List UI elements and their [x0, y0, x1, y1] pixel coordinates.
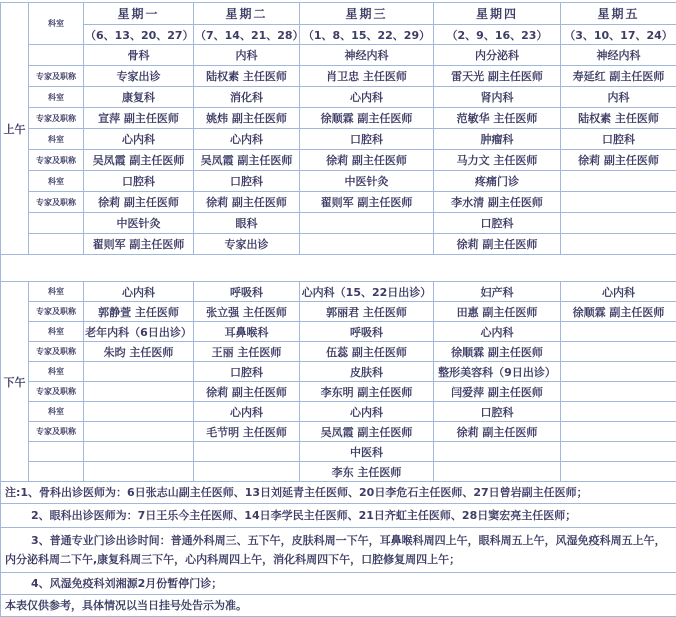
row-type-label: 科室: [29, 87, 84, 108]
schedule-cell: [84, 402, 194, 422]
schedule-row: 下午科室心内科呼吸科心内科（15、22日出诊）妇产科心内科: [1, 282, 676, 302]
schedule-cell: [561, 213, 676, 234]
schedule-cell: 口腔科: [561, 129, 676, 150]
schedule-cell: 范敏华 主任医师: [434, 108, 561, 129]
period-morning-label: 上午: [1, 3, 29, 255]
day-header-thursday: 星期四: [434, 3, 561, 25]
note-text-4: 4、风湿免疫科刘湘源2月份暂停门诊；: [1, 573, 676, 595]
schedule-cell: 疼痛门诊: [434, 171, 561, 192]
row-type-label: 专家及职称: [29, 422, 84, 442]
schedule-cell: 呼吸科: [300, 322, 434, 342]
schedule-cell: 口腔科: [300, 129, 434, 150]
schedule-cell: 口腔科: [84, 171, 194, 192]
schedule-cell: 内科: [194, 45, 300, 66]
schedule-cell: 姚炜 副主任医师: [194, 108, 300, 129]
dates-cell-thursday: （2、9、16、23）: [434, 25, 561, 45]
schedule-cell: 肿瘤科: [434, 129, 561, 150]
schedule-sheet: 上午 科室 星期一 星期二 星期三 星期四 星期五 （6、13、20、27） （…: [0, 2, 676, 609]
schedule-cell: 心内科: [300, 402, 434, 422]
schedule-cell: 耳鼻喉科: [194, 322, 300, 342]
schedule-cell: 中医针灸: [84, 213, 194, 234]
row-type-label: 科室: [29, 362, 84, 382]
schedule-cell: [194, 462, 300, 482]
schedule-cell: [84, 442, 194, 462]
schedule-row: 专家及职称徐莉 副主任医师李东明 副主任医师闫爱萍 副主任医师: [1, 382, 676, 402]
row-type-label: 科室: [29, 171, 84, 192]
schedule-cell: 口腔科: [434, 402, 561, 422]
schedule-cell: [194, 442, 300, 462]
row-type-label: 专家及职称: [29, 150, 84, 171]
schedule-cell: 口腔科: [194, 171, 300, 192]
schedule-cell: 李东 主任医师: [300, 462, 434, 482]
schedule-cell: 徐顺霖 副主任医师: [300, 108, 434, 129]
schedule-row: 专家及职称吴凤霞 副主任医师吴凤霞 副主任医师徐莉 副主任医师马力文 主任医师徐…: [1, 150, 676, 171]
schedule-cell: [561, 342, 676, 362]
schedule-cell: [434, 462, 561, 482]
schedule-cell: 妇产科: [434, 282, 561, 302]
schedule-row: 科室口腔科口腔科中医针灸疼痛门诊: [1, 171, 676, 192]
schedule-cell: 内分泌科: [434, 45, 561, 66]
schedule-cell: [84, 362, 194, 382]
schedule-cell: 心内科: [561, 282, 676, 302]
separator-cell: [1, 255, 676, 282]
schedule-cell: 心内科: [300, 87, 434, 108]
schedule-cell: 心内科: [84, 282, 194, 302]
schedule-cell: 心内科: [434, 322, 561, 342]
schedule-cell: 徐莉 副主任医师: [434, 422, 561, 442]
schedule-cell: 徐莉 副主任医师: [194, 382, 300, 402]
schedule-cell: [300, 213, 434, 234]
schedule-cell: [561, 382, 676, 402]
section-separator-row: [1, 255, 676, 282]
schedule-cell: 宣萍 副主任医师: [84, 108, 194, 129]
schedule-cell: 整形美容科（9日出诊）: [434, 362, 561, 382]
schedule-cell: 伍蕊 副主任医师: [300, 342, 434, 362]
row-type-label: 科室: [29, 322, 84, 342]
schedule-cell: 神经内科: [561, 45, 676, 66]
schedule-cell: 心内科: [194, 402, 300, 422]
day-header-tuesday: 星期二: [194, 3, 300, 25]
schedule-cell: 吴凤霞 副主任医师: [84, 150, 194, 171]
schedule-cell: 吴凤霞 副主任医师: [300, 422, 434, 442]
schedule-cell: 徐莉 副主任医师: [300, 150, 434, 171]
row-type-label: 专家及职称: [29, 342, 84, 362]
schedule-row: 专家及职称郭静萱 主任医师张立强 主任医师郭丽君 主任医师田惠 副主任医师徐顺霖…: [1, 302, 676, 322]
schedule-cell: 心内科: [84, 129, 194, 150]
schedule-row: 专家及职称朱昀 主任医师王丽 主任医师伍蕊 副主任医师徐顺霖 副主任医师: [1, 342, 676, 362]
schedule-cell: [84, 422, 194, 442]
schedule-cell: 心内科（15、22日出诊）: [300, 282, 434, 302]
row-type-label: 科室: [29, 282, 84, 302]
schedule-cell: 雷天光 副主任医师: [434, 66, 561, 87]
note-text-3: 3、普通专业门诊出诊时间：普通外科周三、五下午，皮肤科周一下午，耳鼻喉科周四上午…: [1, 528, 676, 573]
dates-row: （6、13、20、27） （7、14、21、28） （1、8、15、22、29）…: [1, 25, 676, 45]
schedule-row: 科室康复科消化科心内科肾内科内科: [1, 87, 676, 108]
row-type-label: 专家及职称: [29, 302, 84, 322]
row-type-label: 专家及职称: [29, 192, 84, 213]
schedule-cell: 马力文 主任医师: [434, 150, 561, 171]
schedule-cell: 内科: [561, 87, 676, 108]
row-type-label: [29, 442, 84, 462]
note-row-1: 注:1、骨科出诊医师为：6日张志山副主任医师、13日刘延青主任医师、20日李危石…: [1, 482, 676, 504]
note-text-2: 2、眼科出诊医师为：7日王乐今主任医师、14日李学民主任医师、21日齐虹主任医师…: [1, 504, 676, 528]
row-type-label: [29, 234, 84, 255]
schedule-cell: [561, 234, 676, 255]
schedule-row: 专家及职称专家出诊陆权素 主任医师肖卫忠 主任医师雷天光 副主任医师寿延红 副主…: [1, 66, 676, 87]
schedule-cell: [561, 422, 676, 442]
schedule-row: 科室口腔科皮肤科整形美容科（9日出诊）: [1, 362, 676, 382]
disclaimer-text: 本表仅供参考，具体情况以当日挂号处告示为准。: [1, 595, 676, 610]
schedule-row: 科室心内科心内科口腔科肿瘤科口腔科: [1, 129, 676, 150]
schedule-cell: 徐莉 副主任医师: [194, 192, 300, 213]
schedule-cell: 朱昀 主任医师: [84, 342, 194, 362]
schedule-row: 中医科: [1, 442, 676, 462]
schedule-cell: [300, 234, 434, 255]
note-row-3: 3、普通专业门诊出诊时间：普通外科周三、五下午，皮肤科周一下午，耳鼻喉科周四上午…: [1, 528, 676, 573]
schedule-cell: 专家出诊: [84, 66, 194, 87]
schedule-cell: 翟则军 副主任医师: [300, 192, 434, 213]
schedule-row: 翟则军 副主任医师专家出诊徐莉 副主任医师: [1, 234, 676, 255]
row-type-label: 科室: [29, 402, 84, 422]
row-type-label: [29, 462, 84, 482]
note-row-2: 2、眼科出诊医师为：7日王乐今主任医师、14日李学民主任医师、21日齐虹主任医师…: [1, 504, 676, 528]
day-header-monday: 星期一: [84, 3, 194, 25]
schedule-row: 科室老年内科（6日出诊）耳鼻喉科呼吸科心内科: [1, 322, 676, 342]
row-label-dept: 科室: [29, 3, 84, 45]
schedule-cell: 李东明 副主任医师: [300, 382, 434, 402]
schedule-cell: 消化科: [194, 87, 300, 108]
schedule-cell: [561, 462, 676, 482]
schedule-cell: 李水清 副主任医师: [434, 192, 561, 213]
schedule-cell: [561, 192, 676, 213]
schedule-cell: 骨科: [84, 45, 194, 66]
schedule-cell: 徐莉 副主任医师: [434, 234, 561, 255]
row-type-label: 科室: [29, 129, 84, 150]
schedule-cell: 翟则军 副主任医师: [84, 234, 194, 255]
schedule-row: 骨科内科神经内科内分泌科神经内科: [1, 45, 676, 66]
schedule-cell: 神经内科: [300, 45, 434, 66]
schedule-cell: 郭静萱 主任医师: [84, 302, 194, 322]
dates-cell-tuesday: （7、14、21、28）: [194, 25, 300, 45]
schedule-cell: 田惠 副主任医师: [434, 302, 561, 322]
schedule-cell: 呼吸科: [194, 282, 300, 302]
schedule-cell: 徐顺霖 副主任医师: [561, 302, 676, 322]
note-text-1: 注:1、骨科出诊医师为：6日张志山副主任医师、13日刘延青主任医师、20日李危石…: [1, 482, 676, 504]
dates-cell-friday: （3、10、17、24）: [561, 25, 676, 45]
schedule-cell: 皮肤科: [300, 362, 434, 382]
schedule-cell: 徐顺霖 副主任医师: [434, 342, 561, 362]
schedule-row: 专家及职称毛节明 主任医师吴凤霞 副主任医师徐莉 副主任医师: [1, 422, 676, 442]
day-header-wednesday: 星期三: [300, 3, 434, 25]
schedule-cell: 专家出诊: [194, 234, 300, 255]
note-row-4: 4、风湿免疫科刘湘源2月份暂停门诊；: [1, 573, 676, 595]
dates-cell-monday: （6、13、20、27）: [84, 25, 194, 45]
schedule-cell: [561, 171, 676, 192]
schedule-cell: 张立强 主任医师: [194, 302, 300, 322]
schedule-cell: [561, 442, 676, 462]
row-type-label: [29, 213, 84, 234]
outpatient-schedule-table: 上午 科室 星期一 星期二 星期三 星期四 星期五 （6、13、20、27） （…: [0, 2, 676, 609]
schedule-row: 李东 主任医师: [1, 462, 676, 482]
schedule-cell: 徐莉 副主任医师: [561, 150, 676, 171]
disclaimer-row: 本表仅供参考，具体情况以当日挂号处告示为准。: [1, 595, 676, 610]
schedule-cell: 吴凤霞 副主任医师: [194, 150, 300, 171]
day-header-friday: 星期五: [561, 3, 676, 25]
schedule-cell: 中医科: [300, 442, 434, 462]
schedule-cell: [434, 442, 561, 462]
schedule-cell: 心内科: [194, 129, 300, 150]
period-afternoon-label: 下午: [1, 282, 29, 482]
row-type-label: 专家及职称: [29, 382, 84, 402]
schedule-cell: 陆权素 主任医师: [194, 66, 300, 87]
schedule-cell: 康复科: [84, 87, 194, 108]
schedule-cell: 老年内科（6日出诊）: [84, 322, 194, 342]
schedule-row: 中医针灸眼科口腔科: [1, 213, 676, 234]
schedule-cell: 寿延红 副主任医师: [561, 66, 676, 87]
schedule-cell: 闫爱萍 副主任医师: [434, 382, 561, 402]
schedule-row: 科室心内科心内科口腔科: [1, 402, 676, 422]
schedule-row: 专家及职称徐莉 副主任医师徐莉 副主任医师翟则军 副主任医师李水清 副主任医师: [1, 192, 676, 213]
row-type-label: [29, 45, 84, 66]
schedule-cell: [561, 362, 676, 382]
schedule-cell: [84, 382, 194, 402]
schedule-cell: 口腔科: [194, 362, 300, 382]
schedule-cell: 肖卫忠 主任医师: [300, 66, 434, 87]
row-type-label: 专家及职称: [29, 108, 84, 129]
dates-cell-wednesday: （1、8、15、22、29）: [300, 25, 434, 45]
schedule-cell: 毛节明 主任医师: [194, 422, 300, 442]
schedule-cell: [561, 322, 676, 342]
schedule-row: 专家及职称宣萍 副主任医师姚炜 副主任医师徐顺霖 副主任医师范敏华 主任医师陆权…: [1, 108, 676, 129]
schedule-cell: 徐莉 副主任医师: [84, 192, 194, 213]
schedule-cell: 眼科: [194, 213, 300, 234]
schedule-cell: 中医针灸: [300, 171, 434, 192]
schedule-cell: 郭丽君 主任医师: [300, 302, 434, 322]
schedule-cell: 口腔科: [434, 213, 561, 234]
schedule-cell: 王丽 主任医师: [194, 342, 300, 362]
row-type-label: 专家及职称: [29, 66, 84, 87]
schedule-cell: [561, 402, 676, 422]
schedule-cell: 肾内科: [434, 87, 561, 108]
schedule-cell: 陆权素 主任医师: [561, 108, 676, 129]
schedule-cell: [84, 462, 194, 482]
weekday-header-row: 上午 科室 星期一 星期二 星期三 星期四 星期五: [1, 3, 676, 25]
